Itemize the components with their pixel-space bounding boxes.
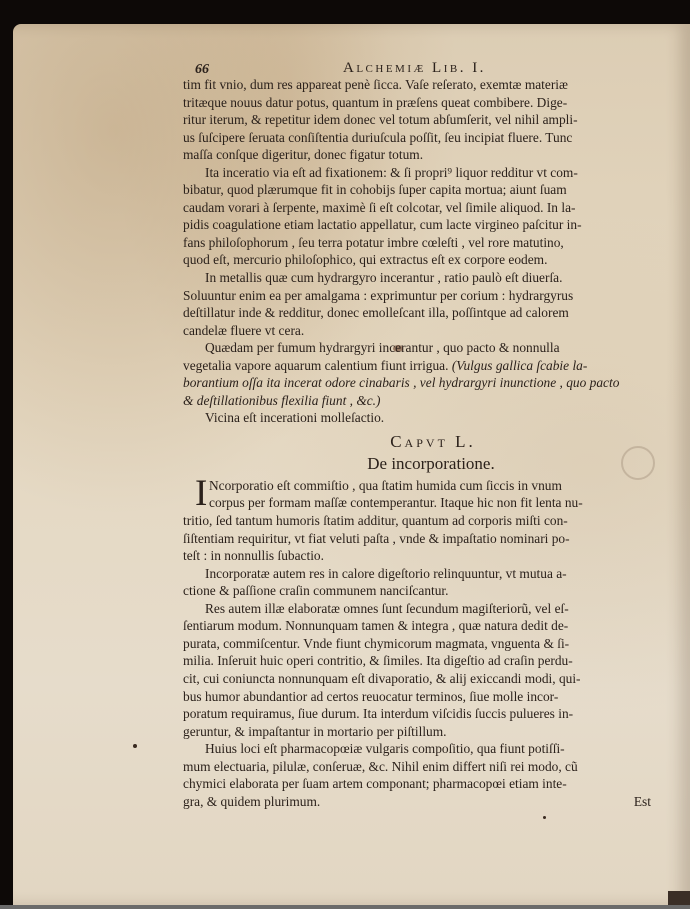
page-number: 66 (195, 61, 209, 79)
text-line: Ncorporatio eſt commiſtio , qua ſtatim h… (183, 477, 663, 495)
speck (133, 744, 137, 748)
paragraph: Res autem illæ elaboratæ omnes ſunt ſecu… (183, 600, 663, 740)
text-line: In metallis quæ cum hydrargyro incerantu… (183, 269, 663, 287)
text-line: candelæ fluere vt cera. (183, 322, 663, 340)
text-line: tritæque nouus datur potus, quantum in p… (183, 94, 663, 112)
text-line: deſtillatur inde & redditur, donec emoll… (183, 304, 663, 322)
text-line: caudam vorari à ſerpente, maximè ſi eſt … (183, 199, 663, 217)
bottom-border (0, 905, 690, 909)
body-text-chapter: INcorporatio eſt commiſtio , qua ſtatim … (183, 477, 663, 810)
paragraph: Incorporatæ autem res in calore digeſtor… (183, 565, 663, 600)
text-line: us ſuſcipere ſeruata conſiſtentia duriuſ… (183, 129, 663, 147)
catchword: Est (634, 793, 651, 811)
text-line: bibatur, quod plærumque fit in cohobijs … (183, 181, 663, 199)
text-line: & deſtillationibus flexilia fiunt , &c.) (183, 392, 663, 410)
text-line: Vicina eſt incerationi molleſactio. (183, 409, 663, 427)
text-line: ſentiarum modum. Nonnunquam tamen & inte… (183, 617, 663, 635)
text-line: quod eſt, mercurio philoſophico, qui ext… (183, 251, 663, 269)
text-line: geruntur, & impaſtantur in mortario per … (183, 723, 663, 741)
text-line: gra, & quidem plurimum. (183, 793, 663, 811)
book-page: 66 Alchemiæ Lib. I. tim fit vnio, dum re… (13, 24, 690, 905)
text-block: 66 Alchemiæ Lib. I. tim fit vnio, dum re… (183, 60, 663, 810)
paragraph: Huius loci eſt pharmacopœiæ vulgaris com… (183, 740, 663, 810)
text-line: poratum requiramus, ſiue durum. Ita inte… (183, 705, 663, 723)
body-text-top: tim fit vnio, dum res appareat penè ſicc… (183, 76, 663, 427)
text-line: Quædam per fumum hydrargyri incerantur ,… (183, 339, 663, 357)
paragraph: tim fit vnio, dum res appareat penè ſicc… (183, 76, 663, 164)
initial-paragraph: INcorporatio eſt commiſtio , qua ſtatim … (183, 477, 663, 565)
chapter-title: De incorporatione. (183, 453, 663, 475)
text-line: cit, cui coniuncta nonnunquam eſt divapo… (183, 670, 663, 688)
chapter-number: Capvt L. (183, 431, 663, 453)
text-line: Ita inceratio via eſt ad fixationem: & ſ… (183, 164, 663, 182)
text-line: Soluuntur enim ea per amalgama : exprimu… (183, 287, 663, 305)
text-line: Huius loci eſt pharmacopœiæ vulgaris com… (183, 740, 663, 758)
text-line: pidis coagulatione etiam lactatio appell… (183, 216, 663, 234)
text-line: tim fit vnio, dum res appareat penè ſicc… (183, 76, 663, 94)
text-line: bus humor abundantior ad certos reuocatu… (183, 688, 663, 706)
speck (543, 816, 546, 819)
text-line: borantium oſſa ita incerat odore cinabar… (183, 374, 663, 392)
text-line: Incorporatæ autem res in calore digeſtor… (183, 565, 663, 583)
text-line: chymici elaborata per ſuam artem compona… (183, 775, 663, 793)
text-line: mum electuaria, pilulæ, conſeruæ, &c. Ni… (183, 758, 663, 776)
text-line: ritur iterum, & repetitur idem donec vel… (183, 111, 663, 129)
text-line: corpus per formam maſſæ contemperantur. … (183, 494, 663, 512)
paragraph: Ita inceratio via eſt ad fixationem: & ſ… (183, 164, 663, 269)
text-line: fans philoſophorum , ſeu terra potatur i… (183, 234, 663, 252)
text-line: milia. Inſeruit huic operi contritio, & … (183, 652, 663, 670)
text-line: ſiſtentiam requiritur, vt fiat veluti pa… (183, 530, 663, 548)
paragraph: Vicina eſt incerationi molleſactio. (183, 409, 663, 427)
text-line: maſſa conſque digeritur, donec figatur t… (183, 146, 663, 164)
paragraph: In metallis quæ cum hydrargyro incerantu… (183, 269, 663, 339)
running-title: Alchemiæ Lib. I. (343, 60, 486, 78)
text-line: ctione & paſſione craſin communem nanciſ… (183, 582, 663, 600)
running-head: 66 Alchemiæ Lib. I. (183, 60, 663, 77)
text-line: tritio, ſed tantum humoris ſtatim additu… (183, 512, 663, 530)
text-line: Res autem illæ elaboratæ omnes ſunt ſecu… (183, 600, 663, 618)
text-line: purata, commiſcentur. Vnde fiunt chymico… (183, 635, 663, 653)
drop-cap: I (195, 477, 207, 511)
paragraph: Quædam per fumum hydrargyri incerantur ,… (183, 339, 663, 409)
text-line: teſt : in nonnullis ſubactio. (183, 547, 663, 565)
text-line: vegetalia vapore aquarum calentium fiunt… (183, 357, 663, 375)
